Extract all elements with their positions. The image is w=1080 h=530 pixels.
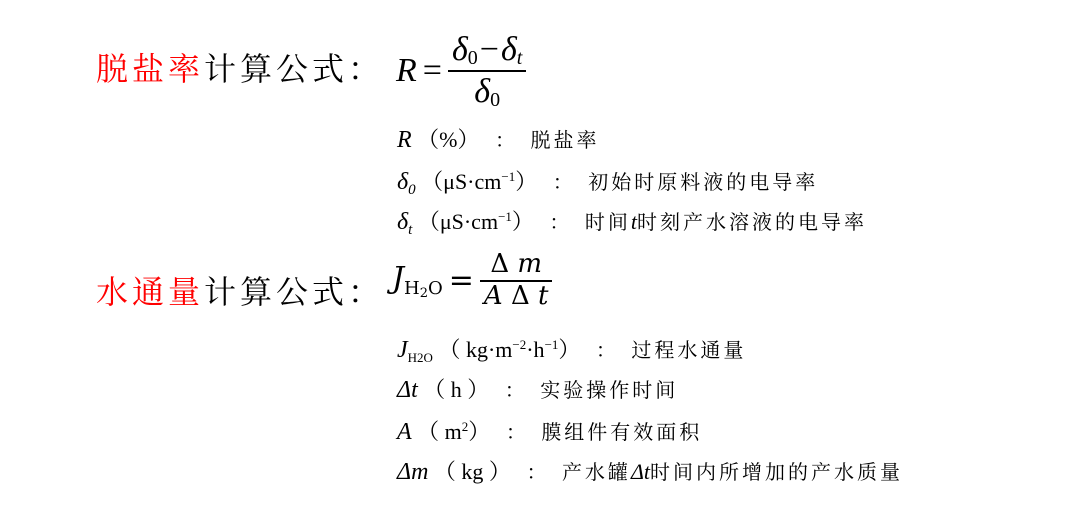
water-flux-formula: JH2O = Δ m A Δ t xyxy=(392,250,552,312)
definition-row: δt （μS·cm−1） ： 时间t时刻产水溶液的电导率 xyxy=(397,210,867,238)
definition-symbol: JH2O xyxy=(397,337,433,363)
definition-description: 过程水通量 xyxy=(631,338,746,362)
definition-colon: ： xyxy=(549,210,569,234)
definition-symbol: Δt xyxy=(397,377,418,403)
definition-unit: （ kg ） xyxy=(434,459,511,484)
delta-symbol: δ xyxy=(501,31,517,68)
definition-description: 实验操作时间 xyxy=(540,378,678,402)
definition-symbol: R xyxy=(397,127,412,153)
definition-unit: （ m2） xyxy=(417,419,490,444)
desalination-title-rest: 计算公式： xyxy=(204,50,384,88)
definition-symbol: A xyxy=(397,419,412,445)
definition-symbol: Δm xyxy=(397,459,428,485)
equals-sign: = xyxy=(449,263,474,298)
definition-colon: ： xyxy=(506,420,526,444)
definition-unit: （μS·cm−1） xyxy=(418,209,534,234)
definition-unit: （ kg·m−2·h−1） xyxy=(438,337,580,362)
definition-description: 时间t时刻产水溶液的电导率 xyxy=(585,210,867,234)
formula-lhs: JH2O xyxy=(392,261,443,301)
subscript: t xyxy=(517,47,523,69)
definition-description: 膜组件有效面积 xyxy=(541,420,702,444)
definition-description: 产水罐Δt时间内所增加的产水质量 xyxy=(562,460,903,484)
desalination-title: 脱盐率计算公式： xyxy=(96,53,384,85)
numerator: δ0−δt xyxy=(448,30,526,70)
fraction: δ0−δt δ0 xyxy=(448,30,526,112)
subscript: 0 xyxy=(468,47,478,69)
definition-colon: ： xyxy=(526,460,546,484)
definition-row: Δt （ h ） ： 实验操作时间 xyxy=(397,378,678,402)
definition-unit: （%） xyxy=(417,127,479,152)
definition-row: δ0 （μS·cm−1） ： 初始时原料液的电导率 xyxy=(397,170,818,198)
numerator: Δ m xyxy=(486,250,546,280)
definition-description: 初始时原料液的电导率 xyxy=(588,170,818,194)
definition-colon: ： xyxy=(505,378,525,402)
definition-row: Δm （ kg ） ： 产水罐Δt时间内所增加的产水质量 xyxy=(397,460,903,484)
definition-colon: ： xyxy=(495,128,515,152)
desalination-formula: R = δ0−δt δ0 xyxy=(396,30,526,112)
definition-colon: ： xyxy=(553,170,573,194)
subscript: 0 xyxy=(490,89,500,111)
definition-unit: （μS·cm−1） xyxy=(421,169,537,194)
definition-colon: ： xyxy=(596,338,616,362)
definition-description: 脱盐率 xyxy=(531,128,600,152)
water-flux-title-highlight: 水通量 xyxy=(96,273,204,311)
minus-sign: − xyxy=(480,31,499,68)
delta-symbol: δ xyxy=(452,31,468,68)
definition-row: R （%） ： 脱盐率 xyxy=(397,128,600,152)
denominator: δ0 xyxy=(470,72,504,112)
definition-symbol: δ0 xyxy=(397,169,416,195)
equals-sign: = xyxy=(423,52,442,90)
definition-row: JH2O （ kg·m−2·h−1） ： 过程水通量 xyxy=(397,338,746,364)
water-flux-title-rest: 计算公式： xyxy=(204,273,384,311)
formula-lhs: R xyxy=(396,52,417,90)
definition-row: A （ m2） ： 膜组件有效面积 xyxy=(397,420,702,444)
water-flux-title: 水通量计算公式： xyxy=(96,276,384,308)
fraction: Δ m A Δ t xyxy=(480,250,553,312)
definition-unit: （ h ） xyxy=(423,377,489,402)
delta-symbol: δ xyxy=(474,73,490,110)
definition-symbol: δt xyxy=(397,209,412,235)
desalination-title-highlight: 脱盐率 xyxy=(96,50,204,88)
denominator: A Δ t xyxy=(480,282,553,312)
